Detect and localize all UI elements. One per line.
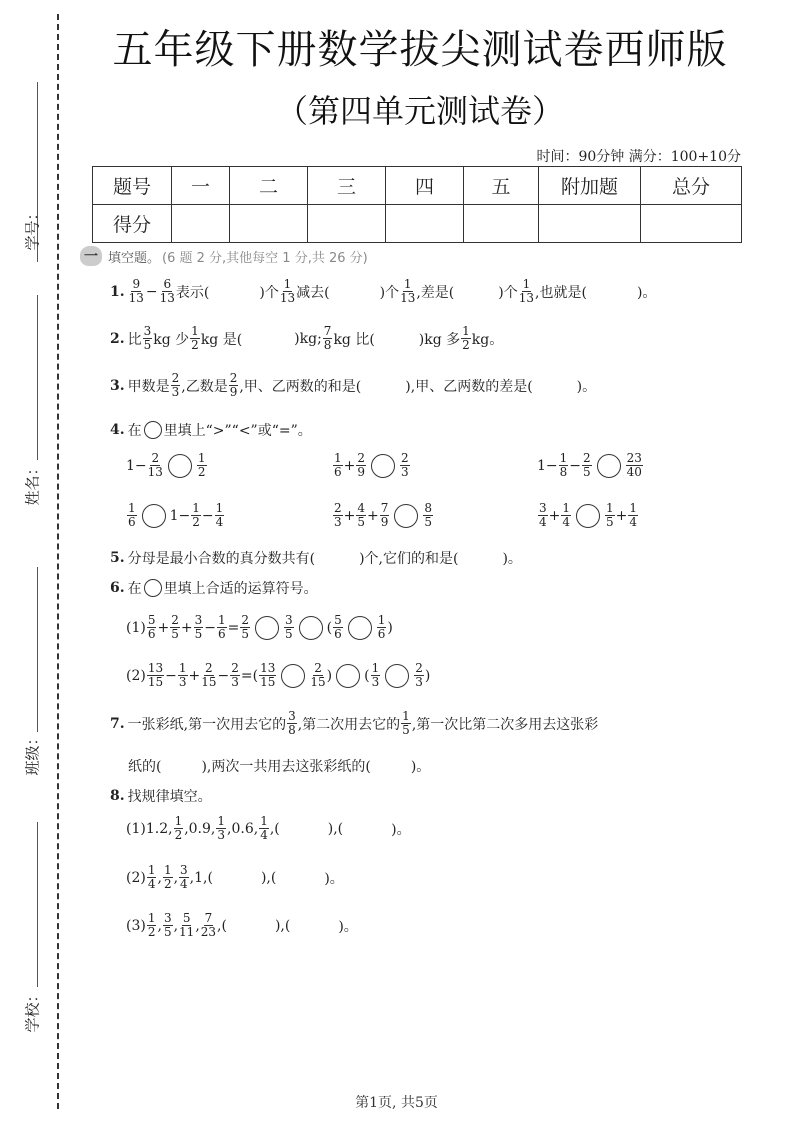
question-number: 6. (110, 580, 125, 596)
text: 在 (128, 420, 142, 440)
name-line (37, 295, 38, 460)
text: )kg 多 (419, 329, 460, 349)
compare-item: 1−18−252340 (537, 452, 644, 479)
text: )个 (259, 282, 278, 302)
page-title: 五年级下册数学拔尖测试卷西师版 (90, 18, 750, 75)
fraction: 12 (190, 325, 200, 352)
answer-circle[interactable] (576, 504, 600, 528)
question-8: 8. 找规律填空。 (110, 786, 212, 806)
answer-circle[interactable] (336, 664, 360, 688)
header-cell: 二 (230, 167, 308, 205)
answer-circle[interactable] (255, 616, 279, 640)
part-label: (1) (126, 821, 146, 837)
fraction: 35 (143, 325, 153, 352)
text: ,甲、乙两数的和是( (239, 376, 361, 396)
question-5: 5. 分母是最小合数的真分数共有( )个,它们的和是( )。 (110, 548, 522, 568)
school-label: 学校： (22, 1013, 43, 1033)
header-cell: 五 (464, 167, 539, 205)
part-label: (1) (126, 620, 146, 636)
operation-item-2: (2) 1315−13+215−23=(1315215)(1323) (126, 662, 430, 689)
question-3: 3. 甲数是 23 ,乙数是 29 ,甲、乙两数的和是( ),甲、乙两数的差是(… (110, 372, 596, 399)
header-cell: 三 (308, 167, 386, 205)
text: ,乙数是 (181, 376, 227, 396)
score-table-score-row: 得分 (93, 205, 742, 243)
fraction: 23 (171, 372, 181, 399)
pattern-item-1: (1)1.2,12,0.9,13,0.6,14,(),()。 (126, 815, 411, 842)
question-number: 8. (110, 788, 125, 804)
question-6: 6. 在 里填上合适的运算符号。 (110, 578, 318, 598)
answer-circle[interactable] (597, 454, 621, 478)
fraction: 613 (160, 278, 175, 305)
answer-circle[interactable] (348, 616, 372, 640)
question-number: 3. (110, 378, 125, 394)
header-cell: 四 (386, 167, 464, 205)
fraction: 113 (400, 278, 415, 305)
answer-circle[interactable] (371, 454, 395, 478)
part-label: (2) (126, 870, 146, 886)
row-label: 得分 (93, 205, 172, 243)
answer-circle[interactable] (142, 504, 166, 528)
question-4: 4. 在 里填上“>”“<”或“=”。 (110, 420, 312, 440)
question-number: 5. (110, 550, 125, 566)
score-cell[interactable] (539, 205, 641, 243)
text: ),两次一共用去这张彩纸的( (201, 756, 370, 776)
time-info: 时间：90分钟 满分：100+10分 (536, 146, 741, 166)
section-note: (6 题 2 分,其他每空 1 分,共 26 分) (162, 247, 368, 266)
text: )。 (502, 548, 521, 568)
text: )kg; (294, 331, 322, 347)
operation-item-1: (1) 56+25+35−16=2535(5616) (126, 614, 393, 641)
answer-circle[interactable] (168, 454, 192, 478)
school-line (37, 822, 38, 987)
fraction: 15 (401, 710, 411, 737)
score-cell[interactable] (641, 205, 742, 243)
fraction: 113 (519, 278, 534, 305)
name-label: 姓名： (22, 486, 43, 506)
compare-item: 23+45+7985 (332, 502, 434, 529)
question-number: 4. (110, 422, 125, 438)
compare-item: 161−12−14 (126, 502, 225, 529)
compare-item: 34+1415+14 (537, 502, 639, 529)
text: kg 是( (201, 329, 242, 349)
fraction: 38 (287, 710, 297, 737)
answer-circle[interactable] (385, 664, 409, 688)
section-badge: 一 (80, 246, 102, 266)
question-2: 2. 比 35 kg 少 12 kg 是( )kg; 78 kg 比( )kg … (110, 325, 503, 352)
text: )个,它们的和是( (359, 548, 458, 568)
text: 分母是最小合数的真分数共有( (128, 548, 315, 568)
section-heading: 一 填空题。 (6 题 2 分,其他每空 1 分,共 26 分) (80, 246, 368, 266)
fraction: 12 (461, 325, 471, 352)
question-7: 7. 一张彩纸,第一次用去它的 38 ,第二次用去它的 15 ,第一次比第二次多… (110, 710, 598, 737)
question-number: 7. (110, 716, 125, 732)
text: )。 (637, 282, 656, 302)
text: kg 少 (153, 329, 189, 349)
text: )个 (498, 282, 517, 302)
header-cell: 总分 (641, 167, 742, 205)
section-title: 填空题。 (108, 247, 160, 266)
circle-icon (144, 421, 162, 439)
page-subtitle: （第四单元测试卷） (90, 86, 750, 132)
text: 减去( (296, 282, 329, 302)
score-table: 题号 一 二 三 四 五 附加题 总分 得分 (92, 166, 742, 243)
score-table-header-row: 题号 一 二 三 四 五 附加题 总分 (93, 167, 742, 205)
text: kg 比( (333, 329, 374, 349)
text: kg。 (472, 329, 503, 349)
binding-dashed-line (57, 14, 59, 1109)
student-id-label: 学号： (22, 231, 43, 251)
score-cell[interactable] (308, 205, 386, 243)
header-cell: 题号 (93, 167, 172, 205)
circle-icon (144, 579, 162, 597)
text: 纸的( (128, 756, 161, 776)
question-1: 1. 913 − 613 表示( )个 113 减去( )个 113 ,差是( … (110, 278, 656, 305)
fraction: 29 (229, 372, 239, 399)
text: 里填上“>”“<”或“=”。 (164, 420, 312, 440)
part-label: (3) (126, 918, 146, 934)
fraction: 913 (129, 278, 144, 305)
text: )。 (577, 376, 596, 396)
answer-circle[interactable] (394, 504, 418, 528)
compare-item: 16+2923 (332, 452, 411, 479)
class-label: 班级： (22, 756, 43, 776)
text: 里填上合适的运算符号。 (164, 578, 318, 598)
text: )个 (380, 282, 399, 302)
text: ),甲、乙两数的差是( (405, 376, 532, 396)
part-label: (2) (126, 668, 146, 684)
text: 比 (128, 329, 142, 349)
question-number: 2. (110, 331, 125, 347)
answer-circle[interactable] (281, 664, 305, 688)
text: 表示( (176, 282, 209, 302)
score-cell[interactable] (172, 205, 230, 243)
pattern-item-3: (3)12,35,511,723,(),()。 (126, 912, 358, 939)
text: 找规律填空。 (128, 786, 212, 806)
header-cell: 附加题 (539, 167, 641, 205)
answer-circle[interactable] (299, 616, 323, 640)
compare-item: 1−21312 (126, 452, 208, 479)
text: ,第二次用去它的 (298, 714, 400, 734)
text: )。 (411, 756, 430, 776)
score-cell[interactable] (230, 205, 308, 243)
score-cell[interactable] (386, 205, 464, 243)
question-number: 1. (110, 284, 125, 300)
fraction: 78 (323, 325, 333, 352)
pattern-item-2: (2)14,12,34,1,(),()。 (126, 864, 344, 891)
question-7-line-2: 纸的( ),两次一共用去这张彩纸的( )。 (128, 756, 430, 776)
text: 在 (128, 578, 142, 598)
class-line (37, 567, 38, 732)
page-footer: 第1页, 共5页 (0, 1092, 793, 1112)
header-cell: 一 (172, 167, 230, 205)
text: 甲数是 (128, 376, 170, 396)
text: 一张彩纸,第一次用去它的 (128, 714, 286, 734)
fraction: 113 (280, 278, 295, 305)
text: ,也就是( (535, 282, 587, 302)
score-cell[interactable] (464, 205, 539, 243)
text: ,第一次比第二次多用去这张彩 (412, 714, 598, 734)
text: ,差是( (416, 282, 454, 302)
